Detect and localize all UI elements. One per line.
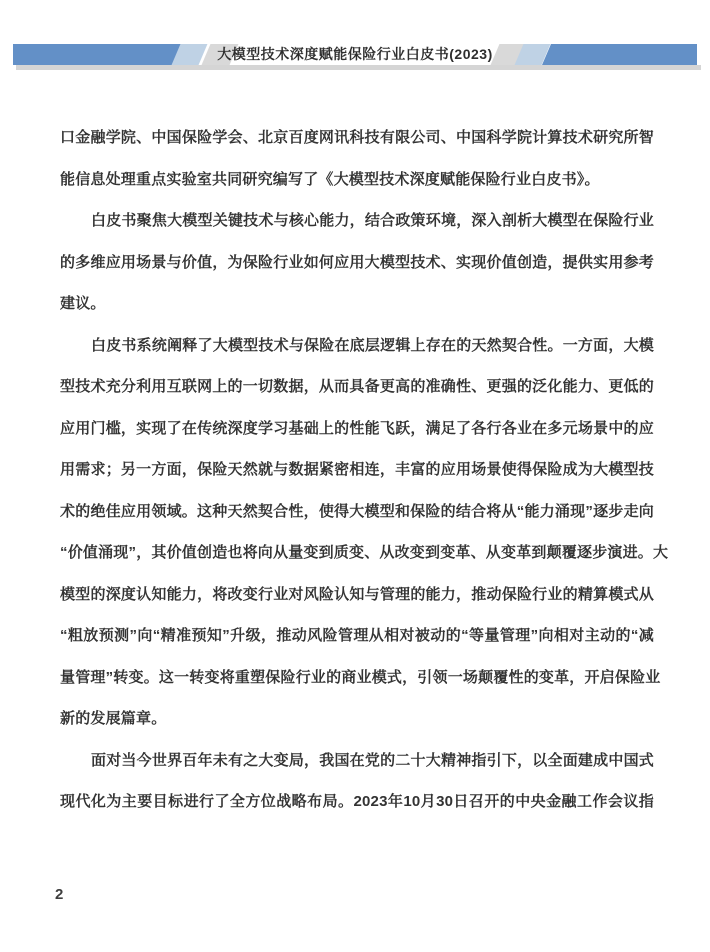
- text-line: 建议。: [60, 283, 654, 325]
- text-line: 模型的深度认知能力，将改变行业对风险认知与管理的能力，推动保险行业的精算模式从: [60, 574, 654, 616]
- page-header: 大模型技术深度赋能保险行业白皮书(2023): [0, 44, 710, 72]
- page-footer: 2: [55, 885, 63, 905]
- text-line: 能信息处理重点实验室共同研究编写了《大模型技术深度赋能保险行业白皮书》。: [60, 159, 654, 201]
- banner-shadow-bar: [16, 65, 701, 70]
- text-line: 量管理”转变。这一转变将重塑保险行业的商业模式，引领一场颠覆性的变革，开启保险业: [60, 657, 654, 699]
- document-page: 大模型技术深度赋能保险行业白皮书(2023) 口金融学院、中国保险学会、北京百度…: [0, 0, 710, 952]
- text-line: 用需求；另一方面，保险天然就与数据紧密相连，丰富的应用场景使得保险成为大模型技: [60, 449, 654, 491]
- text-line: 白皮书聚焦大模型关键技术与核心能力，结合政策环境，深入剖析大模型在保险行业: [60, 200, 654, 242]
- text-line: 的多维应用场景与价值，为保险行业如何应用大模型技术、实现价值创造，提供实用参考: [60, 242, 654, 284]
- text-line: 新的发展篇章。: [60, 698, 654, 740]
- body-text: 口金融学院、中国保险学会、北京百度网讯科技有限公司、中国科学院计算技术研究所智能…: [60, 117, 654, 823]
- text-line: 型技术充分利用互联网上的一切数据，从而具备更高的准确性、更强的泛化能力、更低的: [60, 366, 654, 408]
- text-line: 术的绝佳应用领域。这种天然契合性，使得大模型和保险的结合将从“能力涌现”逐步走向: [60, 491, 654, 533]
- page-number: 2: [55, 886, 63, 903]
- text-line: “价值涌现”，其价值创造也将向从量变到质变、从改变到变革、从变革到颠覆逐步演进。…: [60, 532, 654, 574]
- text-line: “粗放预测”向“精准预知”升级，推动风险管理从相对被动的“等量管理”向相对主动的…: [60, 615, 654, 657]
- header-title: 大模型技术深度赋能保险行业白皮书(2023): [0, 44, 710, 65]
- text-line: 应用门槛，实现了在传统深度学习基础上的性能飞跃，满足了各行各业在多元场景中的应: [60, 408, 654, 450]
- text-line: 现代化为主要目标进行了全方位战略布局。2023年10月30日召开的中央金融工作会…: [60, 781, 654, 823]
- text-line: 面对当今世界百年未有之大变局，我国在党的二十大精神指引下，以全面建成中国式: [60, 740, 654, 782]
- text-line: 口金融学院、中国保险学会、北京百度网讯科技有限公司、中国科学院计算技术研究所智: [60, 117, 654, 159]
- text-line: 白皮书系统阐释了大模型技术与保险在底层逻辑上存在的天然契合性。一方面，大模: [60, 325, 654, 367]
